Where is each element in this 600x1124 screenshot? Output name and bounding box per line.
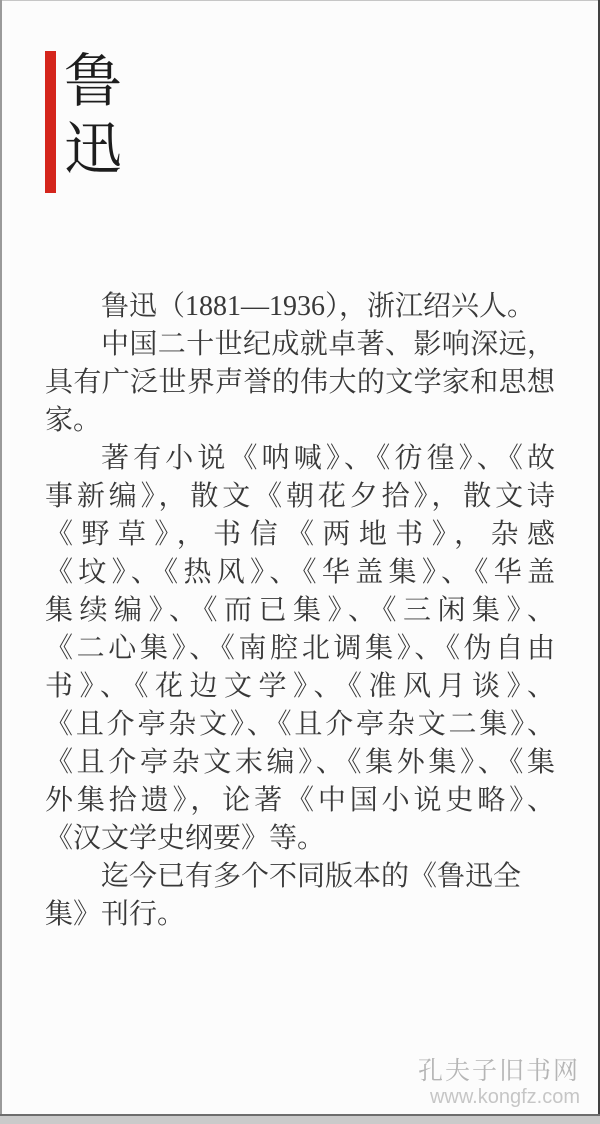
scan-edge-bottom bbox=[0, 1114, 600, 1124]
body-line: 事新编》，散文《朝花夕拾》，散文诗 bbox=[45, 478, 555, 516]
body-line: 中国二十世纪成就卓著、影响深远， bbox=[45, 326, 555, 364]
title-char-1: 鲁 bbox=[64, 48, 122, 116]
biography-text: 鲁迅（1881—1936），浙江绍兴人。 中国二十世纪成就卓著、影响深远， 具有… bbox=[45, 288, 555, 934]
body-line: 家。 bbox=[45, 402, 555, 440]
watermark-site-name: 孔夫子旧书网 bbox=[418, 1058, 580, 1086]
body-line: 具有广泛世界声誉的伟大的文学家和思想 bbox=[45, 364, 555, 402]
book-page: 鲁 迅 鲁迅（1881—1936），浙江绍兴人。 中国二十世纪成就卓著、影响深远… bbox=[0, 0, 600, 1124]
watermark-site-url: www.kongfz.com bbox=[418, 1086, 580, 1108]
body-line: 《且介亭杂文》、《且介亭杂文二集》、 bbox=[45, 706, 555, 744]
title-accent-bar bbox=[45, 51, 56, 193]
body-line: 著有小说《呐喊》、《彷徨》、《故 bbox=[45, 440, 555, 478]
scan-edge-left bbox=[0, 0, 2, 1116]
watermark: 孔夫子旧书网 www.kongfz.com bbox=[418, 1058, 580, 1108]
title-block: 鲁 迅 bbox=[45, 48, 125, 193]
body-line: 《二心集》、《南腔北调集》、《伪自由 bbox=[45, 630, 555, 668]
body-line: 《野草》，书信《两地书》，杂感 bbox=[45, 516, 555, 554]
body-line: 书》、《花边文学》、《准风月谈》、 bbox=[45, 668, 555, 706]
body-line: 迄今已有多个不同版本的《鲁迅全 bbox=[45, 858, 555, 896]
body-line: 集》刊行。 bbox=[45, 896, 555, 934]
body-line: 《坟》、《热风》、《华盖集》、《华盖 bbox=[45, 554, 555, 592]
book-title: 鲁 迅 bbox=[61, 48, 125, 193]
body-line: 《且介亭杂文末编》、《集外集》、《集 bbox=[45, 744, 555, 782]
title-char-2: 迅 bbox=[64, 116, 122, 184]
body-line: 集续编》、《而已集》、《三闲集》、 bbox=[45, 592, 555, 630]
body-line: 《汉文学史纲要》等。 bbox=[45, 820, 555, 858]
body-line: 鲁迅（1881—1936），浙江绍兴人。 bbox=[45, 288, 555, 326]
body-line: 外集拾遗》，论著《中国小说史略》、 bbox=[45, 782, 555, 820]
scan-edge-top bbox=[0, 0, 600, 1]
